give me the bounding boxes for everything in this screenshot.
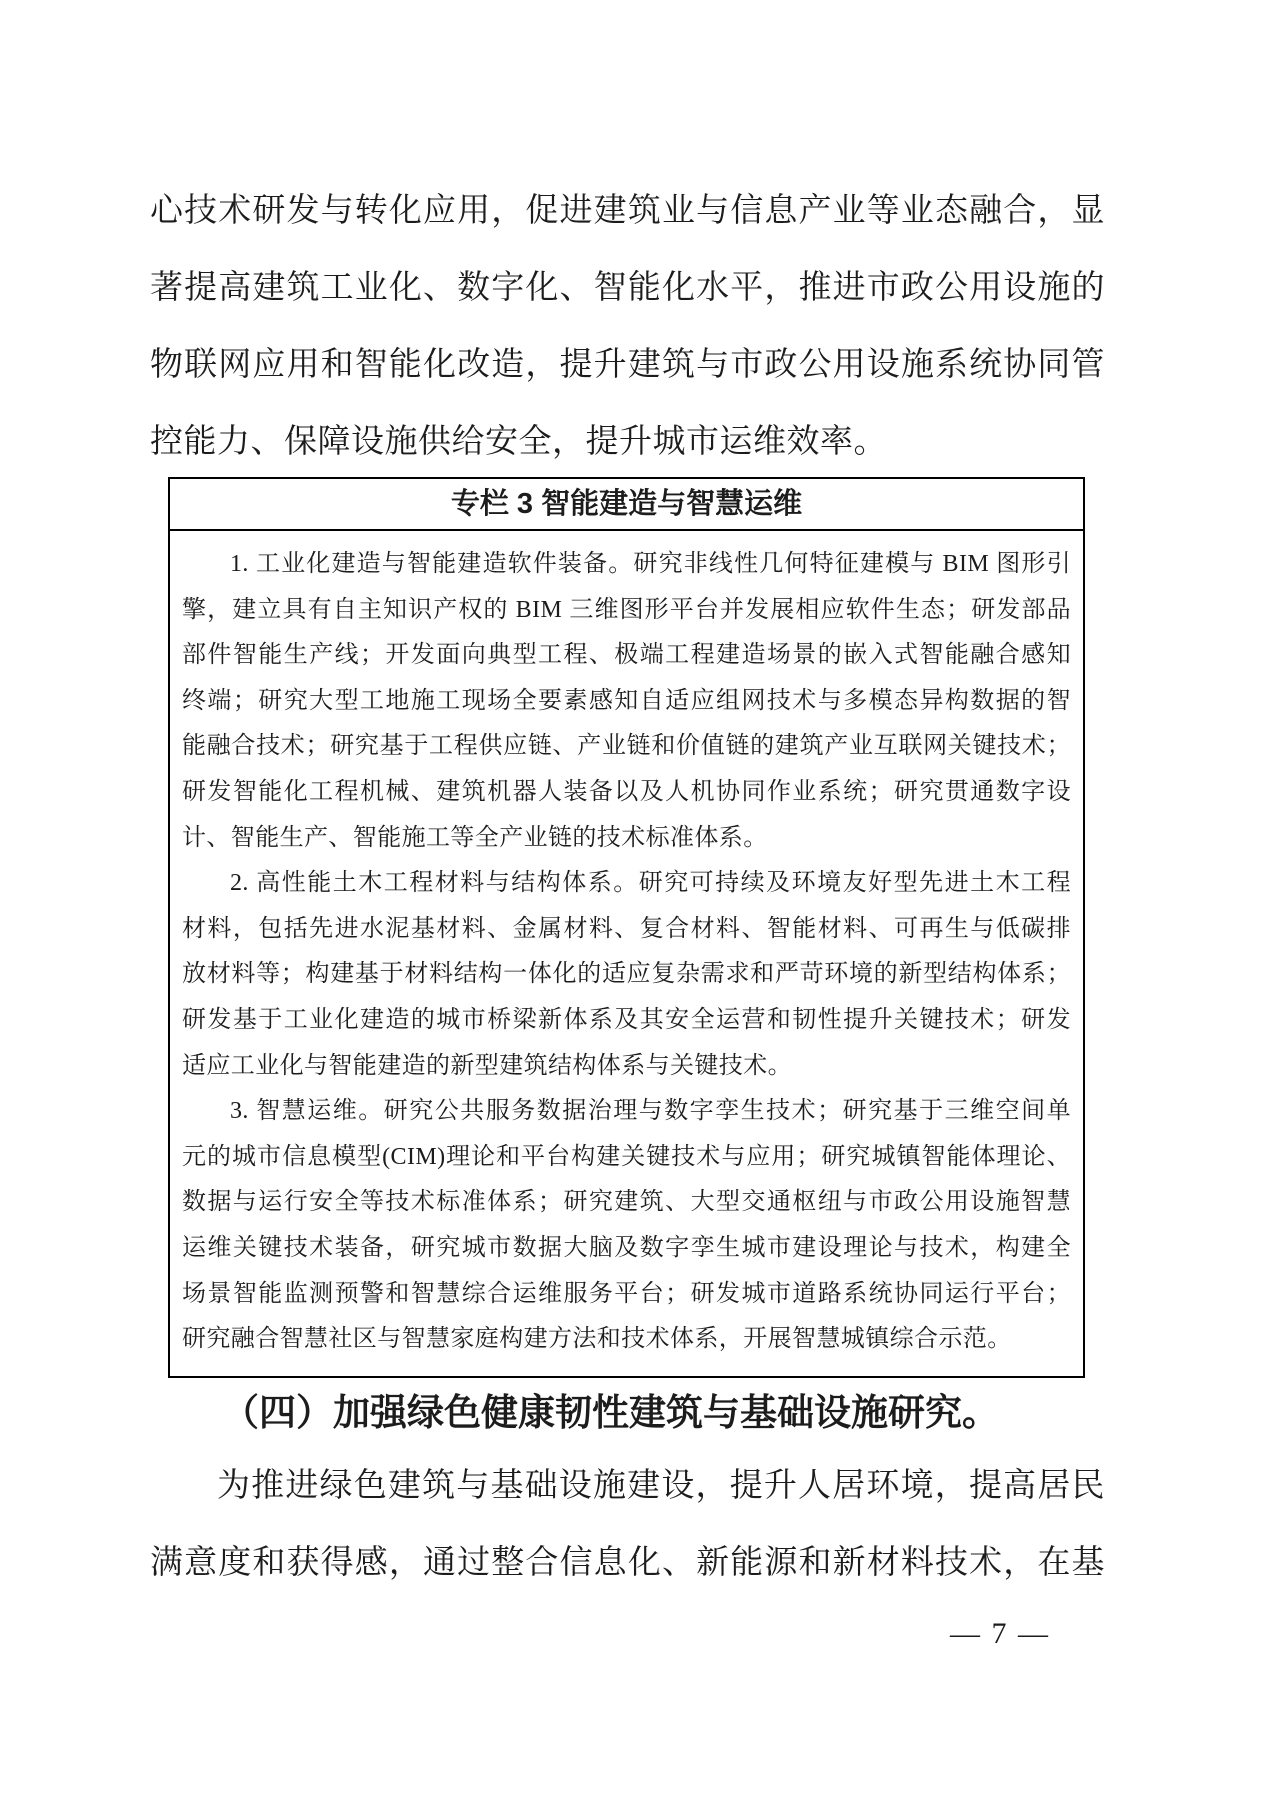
text-line: 2. 高性能土木工程材料与结构体系。研究可持续及环境友好型先进土木工程 — [182, 861, 1071, 907]
text-line: 部件智能生产线；开发面向典型工程、极端工程建造场景的嵌入式智能融合感知 — [182, 633, 1071, 679]
document-page: 心技术研发与转化应用，促进建筑业与信息产业等业态融合，显 著提高建筑工业化、数字… — [0, 0, 1280, 1809]
text-line: 物联网应用和智能化改造，提升建筑与市政公用设施系统协同管 — [150, 327, 1105, 404]
text-line: 著提高建筑工业化、数字化、智能化水平，推进市政公用设施的 — [150, 250, 1105, 327]
text-line: 适应工业化与智能建造的新型建筑结构体系与关键技术。 — [182, 1044, 1071, 1090]
text-line: 计、智能生产、智能施工等全产业链的技术标准体系。 — [182, 816, 1071, 862]
column-box-title: 专栏 3 智能建造与智慧运维 — [170, 479, 1083, 531]
column-box: 专栏 3 智能建造与智慧运维 1. 工业化建造与智能建造软件装备。研究非线性几何… — [168, 477, 1085, 1378]
text-line: 研发智能化工程机械、建筑机器人装备以及人机协同作业系统；研究贯通数字设 — [182, 770, 1071, 816]
text-line: 材料，包括先进水泥基材料、金属材料、复合材料、智能材料、可再生与低碳排 — [182, 907, 1071, 953]
text-line: 运维关键技术装备，研究城市数据大脑及数字孪生城市建设理论与技术，构建全 — [182, 1226, 1071, 1272]
text-line: 研究融合智慧社区与智慧家庭构建方法和技术体系，开展智慧城镇综合示范。 — [182, 1317, 1071, 1363]
text-line: 研发基于工业化建造的城市桥梁新体系及其安全运营和韧性提升关键技术；研发 — [182, 998, 1071, 1044]
text-line: 终端；研究大型工地施工现场全要素感知自适应组网技术与多模态异构数据的智 — [182, 679, 1071, 725]
text-line: 1. 工业化建造与智能建造软件装备。研究非线性几何特征建模与 BIM 图形引 — [182, 542, 1071, 588]
text-line: 为推进绿色建筑与基础设施建设，提升人居环境，提高居民 — [150, 1448, 1105, 1525]
intro-paragraph: 心技术研发与转化应用，促进建筑业与信息产业等业态融合，显 著提高建筑工业化、数字… — [150, 173, 1105, 481]
text-line: 场景智能监测预警和智慧综合运维服务平台；研发城市道路系统协同运行平台； — [182, 1272, 1071, 1318]
text-line: 控能力、保障设施供给安全，提升城市运维效率。 — [150, 404, 1105, 481]
closing-paragraph: 为推进绿色建筑与基础设施建设，提升人居环境，提高居民 满意度和获得感，通过整合信… — [150, 1448, 1105, 1602]
text-line: 元的城市信息模型(CIM)理论和平台构建关键技术与应用；研究城镇智能体理论、 — [182, 1135, 1071, 1181]
text-line: 能融合技术；研究基于工程供应链、产业链和价值链的建筑产业互联网关键技术； — [182, 724, 1071, 770]
column-box-content: 1. 工业化建造与智能建造软件装备。研究非线性几何特征建模与 BIM 图形引 擎… — [170, 531, 1083, 1363]
section-heading: （四）加强绿色健康韧性建筑与基础设施研究。 — [150, 1386, 1105, 1442]
text-line: 数据与运行安全等技术标准体系；研究建筑、大型交通枢纽与市政公用设施智慧 — [182, 1180, 1071, 1226]
text-line: 满意度和获得感，通过整合信息化、新能源和新材料技术，在基 — [150, 1525, 1105, 1602]
text-line: 放材料等；构建基于材料结构一体化的适应复杂需求和严苛环境的新型结构体系； — [182, 952, 1071, 998]
text-line: 3. 智慧运维。研究公共服务数据治理与数字孪生技术；研究基于三维空间单 — [182, 1089, 1071, 1135]
text-line: 心技术研发与转化应用，促进建筑业与信息产业等业态融合，显 — [150, 173, 1105, 250]
text-line: 擎，建立具有自主知识产权的 BIM 三维图形平台并发展相应软件生态；研发部品 — [182, 588, 1071, 634]
page-number: — 7 — — [950, 1612, 1050, 1656]
